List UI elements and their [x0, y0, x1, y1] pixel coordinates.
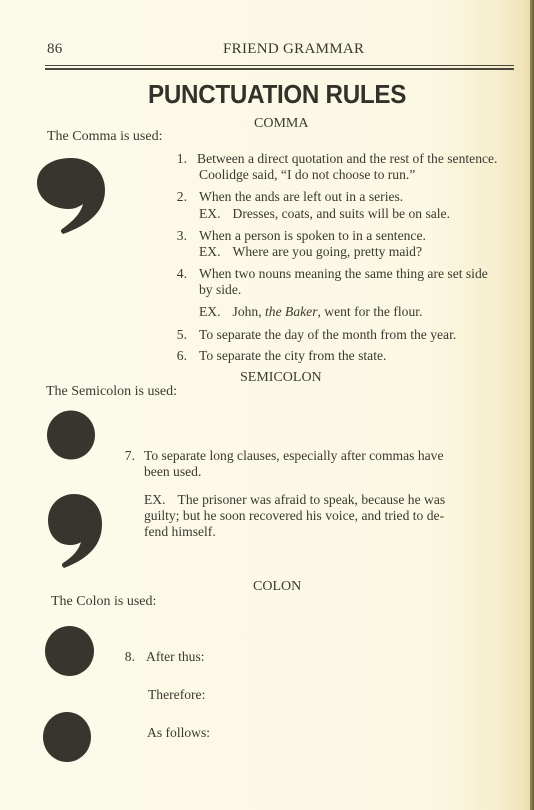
section-heading-comma: COMMA	[254, 116, 308, 132]
rule-example: Coolidge said, “I do not choose to run.”	[199, 166, 415, 184]
rule-text: To separate the city from the state.	[199, 347, 386, 365]
semicolon-intro: The Semicolon is used:	[46, 383, 177, 401]
rule-example-line: EX.John, the Baker, went for the flour.	[199, 303, 422, 321]
example-text: Where are you going, pretty maid?	[233, 244, 422, 259]
rule-text: When the ands are left out in a series.	[199, 188, 403, 206]
rule-number: 2.	[167, 188, 187, 206]
colon-item: After thus:	[146, 648, 205, 666]
running-title: FRIEND GRAMMAR	[223, 41, 364, 58]
colon-item: Therefore:	[148, 686, 205, 704]
colon-intro: The Colon is used:	[51, 593, 156, 611]
example-text-continued: fend himself.	[144, 523, 216, 541]
section-heading-colon: COLON	[253, 579, 301, 595]
example-label: EX.	[199, 244, 221, 259]
example-text-after: , went for the flour.	[317, 304, 422, 319]
example-text-italic: the Baker	[265, 304, 317, 319]
rule-number: 4.	[167, 265, 187, 283]
page-number: 86	[47, 41, 63, 58]
example-text: Dresses, coats, and suits will be on sal…	[233, 206, 450, 221]
rule-text: When two nouns meaning the same thing ar…	[199, 265, 488, 283]
rule-text-continued: been used.	[144, 463, 201, 481]
book-binding-edge	[530, 0, 534, 810]
rule-number: 7.	[115, 447, 135, 465]
section-heading-semicolon: SEMICOLON	[240, 370, 322, 386]
header-rule-top	[45, 65, 514, 66]
rule-text: To separate the day of the month from th…	[199, 326, 456, 344]
rule-text-continued: by side.	[199, 281, 241, 299]
example-text: The prisoner was afraid to speak, becaus…	[178, 492, 446, 507]
rule-number: 5.	[167, 326, 187, 344]
rule-example-line: EX.Dresses, coats, and suits will be on …	[199, 205, 450, 223]
comma-intro: The Comma is used:	[47, 128, 163, 146]
example-label: EX.	[199, 304, 221, 319]
colon-icon	[42, 624, 98, 766]
example-label: EX.	[144, 492, 166, 507]
rule-number: 1.	[167, 150, 187, 168]
rule-number: 3.	[167, 227, 187, 245]
semicolon-icon	[44, 410, 104, 570]
example-label: EX.	[199, 206, 221, 221]
rule-number: 8.	[115, 648, 135, 666]
rule-number: 6.	[167, 347, 187, 365]
header-rule-bottom	[45, 68, 514, 70]
comma-icon	[33, 156, 109, 236]
colon-item: As follows:	[147, 724, 210, 742]
example-text-before: John,	[233, 304, 265, 319]
page-title: PUNCTUATION RULES	[148, 79, 406, 110]
rule-example-line: EX.Where are you going, pretty maid?	[199, 243, 422, 261]
